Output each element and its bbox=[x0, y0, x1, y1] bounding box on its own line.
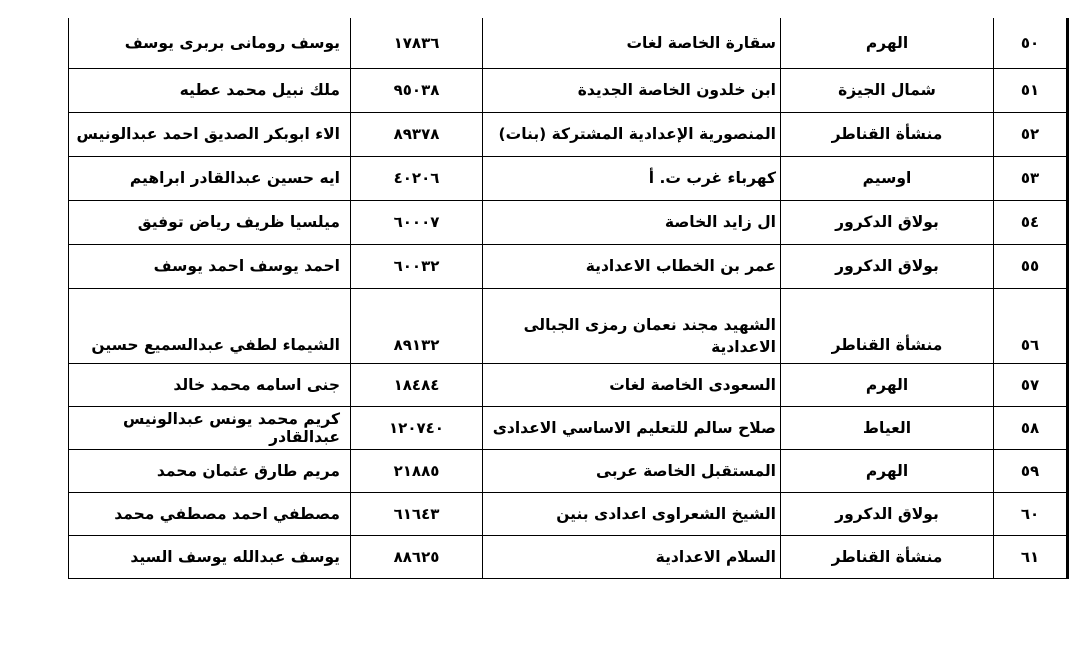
cell-seat-number: ٨٩١٣٢ bbox=[351, 288, 483, 363]
cell-district: اوسيم bbox=[781, 156, 994, 200]
cell-school-name: صلاح سالم للتعليم الاساسي الاعدادى bbox=[483, 406, 781, 449]
cell-school-name: كهرباء غرب ت. أ bbox=[483, 156, 781, 200]
cell-row-number: ٥٣ bbox=[994, 156, 1068, 200]
cell-school-name: عمر بن الخطاب الاعدادية bbox=[483, 244, 781, 288]
cell-seat-number: ١٧٨٣٦ bbox=[351, 18, 483, 68]
cell-district: العياط bbox=[781, 406, 994, 449]
table-row: ٥٥ بولاق الدكرور عمر بن الخطاب الاعدادية… bbox=[69, 244, 1068, 288]
table-row: ٥٦ منشأة القناطر الشهيد مجند نعمان رمزى … bbox=[69, 288, 1068, 363]
cell-row-number: ٥٠ bbox=[994, 18, 1068, 68]
cell-seat-number: ١٢٠٧٤٠ bbox=[351, 406, 483, 449]
cell-school-name: المنصورية الإعدادية المشتركة (بنات) bbox=[483, 112, 781, 156]
cell-seat-number: ٦٠٠٠٧ bbox=[351, 200, 483, 244]
exam-seating-table: ٥٠ الهرم سقارة الخاصة لغات ١٧٨٣٦ يوسف رو… bbox=[68, 18, 1069, 579]
cell-school-name: المستقبل الخاصة عربى bbox=[483, 449, 781, 492]
table-row: ٥٠ الهرم سقارة الخاصة لغات ١٧٨٣٦ يوسف رو… bbox=[69, 18, 1068, 68]
cell-district: بولاق الدكرور bbox=[781, 492, 994, 535]
table-row: ٥٤ بولاق الدكرور ال زايد الخاصة ٦٠٠٠٧ مي… bbox=[69, 200, 1068, 244]
table-body: ٥٠ الهرم سقارة الخاصة لغات ١٧٨٣٦ يوسف رو… bbox=[69, 18, 1068, 578]
cell-district: الهرم bbox=[781, 18, 994, 68]
cell-student-name: كريم محمد يونس عبدالونيس عبدالقادر bbox=[69, 406, 351, 449]
table-row: ٥٧ الهرم السعودى الخاصة لغات ١٨٤٨٤ جنى ا… bbox=[69, 363, 1068, 406]
cell-seat-number: ٨٨٦٢٥ bbox=[351, 535, 483, 578]
cell-district: منشأة القناطر bbox=[781, 112, 994, 156]
cell-row-number: ٥٤ bbox=[994, 200, 1068, 244]
cell-seat-number: ٤٠٢٠٦ bbox=[351, 156, 483, 200]
cell-seat-number: ٢١٨٨٥ bbox=[351, 449, 483, 492]
table-row: ٥٣ اوسيم كهرباء غرب ت. أ ٤٠٢٠٦ ايه حسين … bbox=[69, 156, 1068, 200]
cell-student-name: الشيماء لطفي عبدالسميع حسين bbox=[69, 288, 351, 363]
cell-district: شمال الجيزة bbox=[781, 68, 994, 112]
cell-district: بولاق الدكرور bbox=[781, 200, 994, 244]
table-row: ٦٠ بولاق الدكرور الشيخ الشعراوى اعدادى ب… bbox=[69, 492, 1068, 535]
cell-student-name: يوسف عبدالله يوسف السيد bbox=[69, 535, 351, 578]
cell-seat-number: ٩٥٠٣٨ bbox=[351, 68, 483, 112]
table-row: ٥٩ الهرم المستقبل الخاصة عربى ٢١٨٨٥ مريم… bbox=[69, 449, 1068, 492]
cell-seat-number: ٦١٦٤٣ bbox=[351, 492, 483, 535]
cell-row-number: ٥٨ bbox=[994, 406, 1068, 449]
cell-student-name: ايه حسين عبدالقادر ابراهيم bbox=[69, 156, 351, 200]
document-page: ٥٠ الهرم سقارة الخاصة لغات ١٧٨٣٦ يوسف رو… bbox=[0, 0, 1087, 655]
cell-school-name: الشيخ الشعراوى اعدادى بنين bbox=[483, 492, 781, 535]
table-row: ٦١ منشأة القناطر السلام الاعدادية ٨٨٦٢٥ … bbox=[69, 535, 1068, 578]
cell-student-name: الاء ابوبكر الصديق احمد عبدالونيس bbox=[69, 112, 351, 156]
cell-row-number: ٥٥ bbox=[994, 244, 1068, 288]
cell-row-number: ٥١ bbox=[994, 68, 1068, 112]
table-row: ٥٢ منشأة القناطر المنصورية الإعدادية الم… bbox=[69, 112, 1068, 156]
cell-district: بولاق الدكرور bbox=[781, 244, 994, 288]
table-row: ٥٨ العياط صلاح سالم للتعليم الاساسي الاع… bbox=[69, 406, 1068, 449]
cell-district: منشأة القناطر bbox=[781, 288, 994, 363]
cell-student-name: مريم طارق عثمان محمد bbox=[69, 449, 351, 492]
cell-school-name: سقارة الخاصة لغات bbox=[483, 18, 781, 68]
cell-student-name: احمد يوسف احمد يوسف bbox=[69, 244, 351, 288]
cell-row-number: ٥٧ bbox=[994, 363, 1068, 406]
cell-row-number: ٥٩ bbox=[994, 449, 1068, 492]
cell-district: منشأة القناطر bbox=[781, 535, 994, 578]
cell-seat-number: ٨٩٣٧٨ bbox=[351, 112, 483, 156]
cell-row-number: ٦٠ bbox=[994, 492, 1068, 535]
cell-school-name: السعودى الخاصة لغات bbox=[483, 363, 781, 406]
cell-row-number: ٥٢ bbox=[994, 112, 1068, 156]
cell-school-name: الشهيد مجند نعمان رمزى الجبالى الاعدادية bbox=[483, 288, 781, 363]
cell-student-name: جنى اسامه محمد خالد bbox=[69, 363, 351, 406]
cell-student-name: ميلسيا ظريف رياض توفيق bbox=[69, 200, 351, 244]
cell-district: الهرم bbox=[781, 449, 994, 492]
table-row: ٥١ شمال الجيزة ابن خلدون الخاصة الجديدة … bbox=[69, 68, 1068, 112]
cell-row-number: ٦١ bbox=[994, 535, 1068, 578]
cell-student-name: مصطفي احمد مصطفي محمد bbox=[69, 492, 351, 535]
cell-student-name: يوسف رومانى بربرى يوسف bbox=[69, 18, 351, 68]
cell-row-number: ٥٦ bbox=[994, 288, 1068, 363]
cell-seat-number: ٦٠٠٣٢ bbox=[351, 244, 483, 288]
cell-school-name: ال زايد الخاصة bbox=[483, 200, 781, 244]
cell-school-name: ابن خلدون الخاصة الجديدة bbox=[483, 68, 781, 112]
cell-student-name: ملك نبيل محمد عطيه bbox=[69, 68, 351, 112]
cell-school-name: السلام الاعدادية bbox=[483, 535, 781, 578]
cell-district: الهرم bbox=[781, 363, 994, 406]
cell-seat-number: ١٨٤٨٤ bbox=[351, 363, 483, 406]
